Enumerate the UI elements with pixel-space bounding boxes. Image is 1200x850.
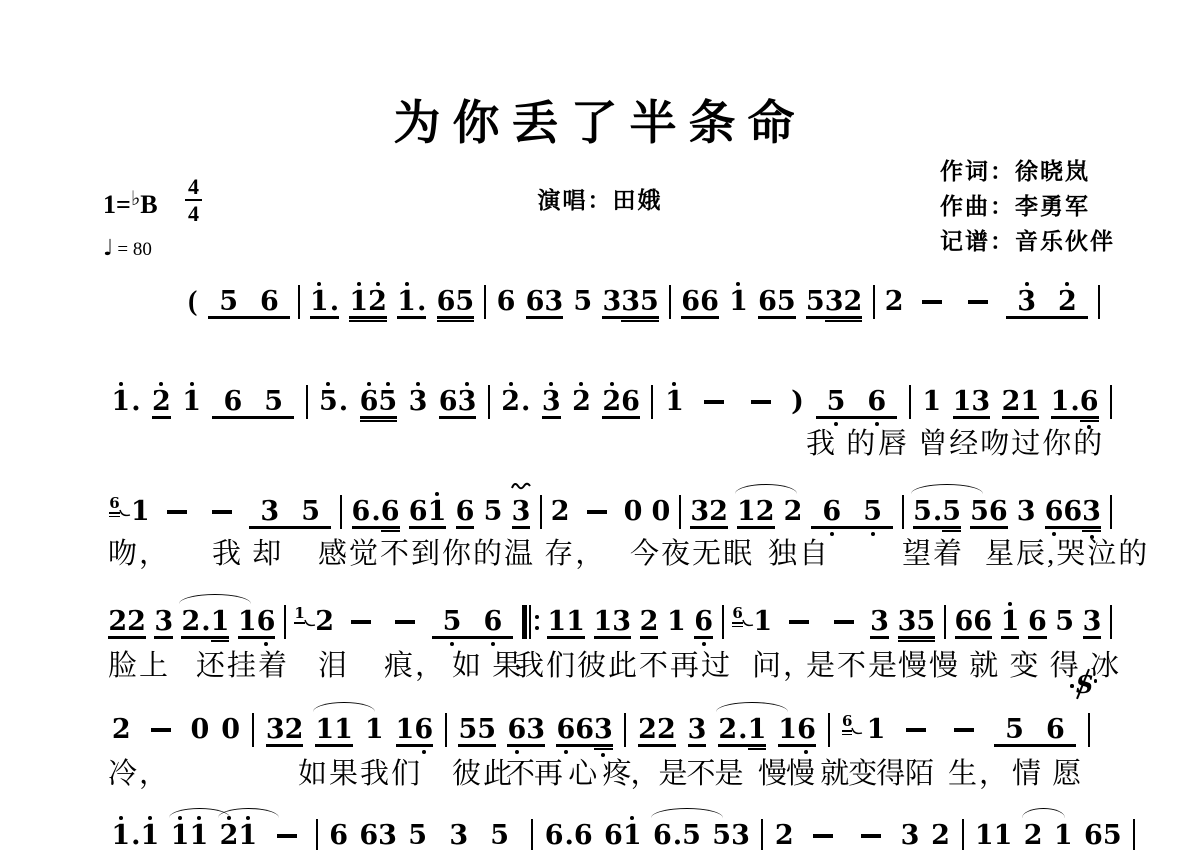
note: 2 (638, 716, 657, 744)
note-digit: 2 (1024, 822, 1043, 850)
note-digit: 2 (551, 498, 570, 526)
note-unit: 2 (640, 608, 659, 636)
note-digit: 1 (566, 608, 585, 636)
repeat-thin-bar (529, 605, 531, 639)
dash-note (212, 510, 232, 514)
beam-line (315, 744, 353, 746)
note-unit: 56 (432, 608, 514, 636)
note-digit: 1 (1051, 388, 1070, 416)
note-digit: 3 (449, 822, 468, 850)
augmentation-dot: . (371, 496, 380, 527)
note: 6 (681, 288, 700, 316)
dash-note (395, 620, 415, 624)
note: 3 (594, 716, 613, 744)
measure: 3211116 (254, 716, 445, 744)
note-digit: 1 (131, 498, 150, 526)
augmentation-dot: . (521, 386, 530, 417)
note-unit: 1. (111, 388, 140, 416)
beam-line (970, 526, 1008, 528)
note-digit: 1 (753, 608, 772, 636)
dash-note (922, 300, 942, 304)
note-digit: 2 (718, 716, 737, 744)
note-digit: 3 (154, 608, 173, 636)
note-unit: 2.1 (181, 608, 229, 636)
slur-arc (735, 484, 797, 494)
octave-dot-above (386, 382, 390, 386)
note-unit: 1 (182, 388, 201, 416)
note-digit: 3 (688, 716, 707, 744)
note: 1 (729, 288, 748, 316)
note: 1 (922, 388, 941, 416)
extra-beam-line (825, 320, 844, 322)
note-digit: 6 (604, 822, 623, 850)
dash-note (906, 728, 926, 732)
note-digit: 2 (152, 388, 171, 416)
lyric-segment: 我 却 (212, 531, 283, 572)
note-unit: 35 (438, 822, 520, 850)
octave-dot-above (159, 382, 163, 386)
note: 5 (640, 288, 659, 316)
beam-line (1006, 316, 1088, 318)
note: 1. (111, 822, 140, 850)
note: 1 (753, 608, 772, 636)
note-digit: 1 (189, 822, 208, 850)
note: 5 (378, 388, 397, 416)
credit-notation: 记谱：音乐伙伴 (940, 224, 1115, 259)
beam-line (758, 316, 796, 318)
octave-dot-above (465, 382, 469, 386)
note-digit: 1 (867, 716, 886, 744)
note-digit: 6 (694, 608, 713, 636)
measure: 1113216 (539, 608, 722, 636)
beam-line (108, 636, 146, 638)
slur-arc (911, 484, 983, 494)
note-digit: 6 (621, 388, 640, 416)
note-digit: 6 (575, 716, 594, 744)
note: 6 (700, 288, 719, 316)
note: 3 (1083, 608, 1102, 636)
repeat-sign (522, 605, 539, 639)
note-unit: 32 (690, 498, 728, 526)
note-digit: 6 (1084, 822, 1103, 850)
note: ) (791, 388, 804, 416)
note: 3 (378, 822, 397, 850)
beam-line (456, 526, 475, 528)
beam-line (512, 526, 531, 528)
note-digit: 6 (409, 498, 428, 526)
note-unit: 6.6 (352, 498, 400, 526)
note: 3 (542, 388, 561, 416)
note-unit: 16 (396, 716, 434, 744)
note-unit: 65 (212, 388, 294, 416)
note-digit: 1 (365, 716, 384, 744)
note: 2 (709, 498, 728, 526)
note: 6 (989, 498, 1008, 526)
note: 6 (556, 716, 575, 744)
note-unit (946, 728, 982, 732)
note-digit: 6 (1046, 716, 1065, 744)
note-unit (898, 728, 934, 732)
note: 5 (1103, 822, 1122, 850)
note-unit (343, 620, 379, 624)
note-unit: 65 (811, 498, 893, 526)
note-digit: 5 (913, 498, 932, 526)
note-digit: 3 (901, 822, 920, 850)
note: 6 (758, 288, 777, 316)
note: 2 (551, 498, 570, 526)
beam-line (718, 744, 766, 746)
note-digit: 1 (594, 608, 613, 636)
note: 6 (973, 608, 992, 636)
note-digit: 3 (825, 288, 844, 316)
note-unit: 663 (556, 716, 612, 744)
note-unit: 1 (665, 388, 684, 416)
note: 1 (238, 608, 257, 636)
note-digit: 6 (456, 498, 475, 526)
note-digit: 5 (443, 608, 462, 636)
lyric-segment: 如果我们 (298, 751, 422, 792)
note: 5. (913, 498, 942, 526)
note: 6. (653, 822, 682, 850)
note: 3 (870, 608, 889, 636)
note-digit: 2 (501, 388, 520, 416)
note-digit: 1 (953, 388, 972, 416)
grace-note: 6 (732, 605, 742, 621)
measure: 200 (542, 498, 680, 526)
note-digit: 5 (490, 822, 509, 850)
lyric-segment: 感觉不到你的温 存， (318, 531, 606, 572)
note: 1 (1020, 388, 1039, 416)
beam-line (547, 636, 585, 638)
mordent-icon (511, 482, 531, 490)
note-digit: 6 (574, 822, 593, 850)
beam-line (208, 316, 290, 318)
note-digit: 6 (822, 498, 841, 526)
note-digit: 3 (266, 716, 285, 744)
note-digit: 6 (867, 388, 886, 416)
slur-arc (179, 594, 251, 604)
time-numerator: 4 (188, 174, 199, 199)
lyrics-row: 吻，我 却感觉不到你的温 存，今夜无眠独自望着星辰,哭泣的 (0, 531, 1200, 567)
note-unit: 2.1 (718, 716, 766, 744)
note-digit: 3 (512, 498, 531, 526)
note: 6 (409, 498, 428, 526)
beam-line (994, 744, 1076, 746)
note: 3 (1017, 288, 1036, 316)
note-digit: 1 (667, 608, 686, 636)
note: 1 (994, 822, 1013, 850)
note-unit: 66 (955, 608, 993, 636)
note-digit: 5 (455, 288, 474, 316)
note-unit: 65 (1084, 822, 1122, 850)
note-unit: 63 (439, 388, 477, 416)
note: 1 (131, 498, 150, 526)
note: 3 (731, 822, 750, 850)
beam-line (1028, 636, 1047, 638)
measure: 6156 (830, 716, 1088, 744)
note: 2 (152, 388, 171, 416)
note-unit: 5 (408, 822, 427, 850)
note: 5 (942, 498, 961, 526)
measure: 661653 (946, 608, 1110, 636)
note: 2 (112, 716, 131, 744)
augmentation-dot: . (417, 286, 426, 317)
note-unit: 5. (319, 388, 348, 416)
note-unit: 6 (1028, 608, 1047, 636)
note-digit: 6 (381, 498, 400, 526)
note-digit: 1 (1054, 822, 1073, 850)
note-unit: 3 (688, 716, 707, 744)
note: 2 (784, 498, 803, 526)
note-digit: 5 (573, 288, 592, 316)
note-unit: 2 (1024, 822, 1043, 850)
note-digit: 0 (221, 716, 240, 744)
lyrics-row: 脸上还挂着泪痕，如 果我们彼此不再过问，是不是慢慢 就 变 得 冰 (0, 643, 1200, 679)
note: 3 (688, 716, 707, 744)
note-digit: 6 (257, 608, 276, 636)
note-unit: 11 (171, 822, 209, 850)
note-unit: 11 (315, 716, 353, 744)
octave-dot-above (416, 382, 420, 386)
note: 5 (455, 288, 474, 316)
note: 5 (219, 288, 238, 316)
lyric-segment: 脸上 (108, 643, 170, 684)
beam-line (360, 416, 398, 418)
augmentation-dot: . (339, 386, 348, 417)
note: 5 (573, 288, 592, 316)
note-unit: 65 (360, 388, 398, 416)
note: 6 (260, 288, 279, 316)
note-unit: 2 (775, 822, 794, 850)
note: 5 (827, 388, 846, 416)
note-digit: 3 (378, 822, 397, 850)
open-paren: ( (188, 286, 197, 318)
measure: 6635335 (486, 288, 669, 316)
note: 6 (526, 288, 545, 316)
note-digit: 5 (378, 388, 397, 416)
note-digit: 3 (971, 388, 990, 416)
note-digit: 3 (1017, 498, 1036, 526)
note-unit: 6 (497, 288, 516, 316)
dash-note (167, 510, 187, 514)
slur-arc (313, 702, 375, 712)
music-line: (561.121.65663533566165532232 (185, 282, 1100, 322)
note-digit: 5 (264, 388, 283, 416)
note-unit (805, 834, 841, 838)
note-unit: 66 (681, 288, 719, 316)
note-unit: 3 (154, 608, 173, 636)
note-unit: 1 (131, 498, 150, 526)
note-digit: 6 (414, 716, 433, 744)
beam-line (898, 640, 936, 642)
note: 2 (220, 822, 239, 850)
octave-dot-above (549, 382, 553, 386)
segno-dot (1070, 684, 1074, 688)
rest-note: 0 (191, 716, 210, 744)
note: 1. (310, 288, 339, 316)
note: 5 (970, 498, 989, 526)
dash-note (351, 620, 371, 624)
note: 1 (665, 388, 684, 416)
beam-line (1083, 636, 1102, 638)
measure: 6135 (100, 498, 340, 526)
note-digit: 6 (1028, 608, 1047, 636)
note: 5 (408, 822, 427, 850)
note-unit: 65 (437, 288, 475, 316)
note: 3 (266, 716, 285, 744)
note: 3 (612, 608, 631, 636)
note-unit (204, 510, 240, 514)
note: 3 (971, 388, 990, 416)
time-denominator: 4 (185, 199, 202, 226)
note: 3 (621, 288, 640, 316)
octave-dot-above (435, 492, 439, 496)
measure: 3212265 (681, 498, 902, 526)
note-unit: 53 (712, 822, 750, 850)
dash-note (789, 620, 809, 624)
key-signature: 1=♭B (103, 190, 158, 220)
note-digit: 5 (458, 716, 477, 744)
note: 1 (737, 498, 756, 526)
note: 6 (575, 716, 594, 744)
note-digit: 3 (409, 388, 428, 416)
octave-dot-above (1065, 282, 1069, 286)
note-digit: 1 (975, 822, 994, 850)
repeat-thick-bar (522, 605, 527, 639)
beam-line (349, 320, 387, 322)
note-unit: 32 (1006, 288, 1088, 316)
note-unit: 55 (458, 716, 496, 744)
beam-line (640, 636, 659, 638)
beam-line (154, 636, 173, 638)
note-digit: 1 (211, 608, 230, 636)
dash-note (834, 620, 854, 624)
lyric-segment: 彼此 (452, 751, 514, 792)
note-digit: 1 (182, 388, 201, 416)
note-digit: 5 (408, 822, 427, 850)
note: 2 (315, 608, 334, 636)
note-digit: 3 (542, 388, 561, 416)
note-digit: 3 (690, 498, 709, 526)
augmentation-dot: . (330, 286, 339, 317)
note: 1. (111, 388, 140, 416)
note-unit: 61 (604, 822, 642, 850)
music-line: 61356.66165320032122655.5563663 (100, 492, 1112, 532)
note-digit: 2 (572, 388, 591, 416)
beam-line (602, 416, 640, 418)
note-digit: 2 (181, 608, 200, 636)
note-unit: 11 (975, 822, 1013, 850)
note-unit: 63 (526, 288, 564, 316)
note-digit: 5 (319, 388, 338, 416)
note: 6 (1028, 608, 1047, 636)
close-paren: ) (791, 388, 804, 416)
slur-arc (1022, 808, 1065, 818)
note-digit: 1 (994, 822, 1013, 850)
note-unit: 3 (409, 388, 428, 416)
beam-line (690, 526, 728, 528)
note: 6. (545, 822, 574, 850)
note-digit: 5 (640, 288, 659, 316)
note: 2. (501, 388, 530, 416)
note-digit: 6 (497, 288, 516, 316)
augmentation-dot: . (201, 606, 210, 637)
note: 1 (623, 822, 642, 850)
flat-icon: ♭ (131, 186, 140, 210)
dash-note (954, 728, 974, 732)
note-digit: 3 (602, 288, 621, 316)
credit-composer: 作曲：李勇军 (940, 189, 1115, 224)
grace-tie-icon (304, 619, 316, 628)
lyric-segment: 唇 曾经吻过你的 (878, 421, 1104, 462)
note-unit: 6.5 (653, 822, 701, 850)
note-unit: 1 (365, 716, 384, 744)
note-unit: 3 (870, 608, 889, 636)
note-digit: 1 (111, 822, 130, 850)
segno-icon: S (1072, 670, 1094, 702)
note: 6 (955, 608, 974, 636)
note-digit: 3 (612, 608, 631, 636)
note: 6 (1084, 822, 1103, 850)
note-unit: 1.1 (111, 822, 159, 850)
beam-line (638, 744, 676, 746)
note: 5 (490, 822, 509, 850)
note: 2 (572, 388, 591, 416)
note-digit: 3 (621, 288, 640, 316)
note: 5 (682, 822, 701, 850)
beam-line (953, 416, 991, 418)
note-digit: 2 (885, 288, 904, 316)
grace-note: 1 (294, 605, 304, 621)
note: 2 (775, 822, 794, 850)
beam-line (778, 744, 816, 746)
beam-line (870, 636, 889, 638)
slur-arc (651, 808, 723, 818)
note-digit: 2 (709, 498, 728, 526)
beam-line (397, 316, 426, 318)
beam-line (310, 316, 339, 318)
note: 1 (182, 388, 201, 416)
measure: 6.661653 (342, 498, 539, 526)
beam-line (1001, 636, 1020, 638)
time-signature: 4 4 (185, 174, 202, 226)
note-unit (826, 620, 862, 624)
octave-dot-above (610, 382, 614, 386)
note-unit: 2 (784, 498, 803, 526)
note-unit: 56 (816, 388, 898, 416)
measure: 200 (100, 716, 252, 744)
lyric-segment: 泪 (318, 643, 349, 684)
note-digit: 6 (955, 608, 974, 636)
measure: 66165532 (671, 288, 872, 316)
note-digit: 5 (477, 716, 496, 744)
note-unit: 3 (1017, 498, 1036, 526)
key-prefix: 1= (103, 190, 131, 219)
grace-note: 6 (842, 713, 852, 729)
note-digit: 6 (758, 288, 777, 316)
tempo-value: = 80 (117, 239, 151, 260)
note-unit: 65 (758, 288, 796, 316)
note-unit: 5 (484, 498, 503, 526)
lyric-segment: 还挂着 (196, 643, 289, 684)
measure: 5.65363 (308, 388, 488, 416)
note-unit: 5 (573, 288, 592, 316)
key-letter: B (140, 190, 157, 219)
octave-dot-above (672, 382, 676, 386)
note: 1 (238, 822, 257, 850)
note-digit: 2 (315, 608, 334, 636)
note: 2 (885, 288, 904, 316)
